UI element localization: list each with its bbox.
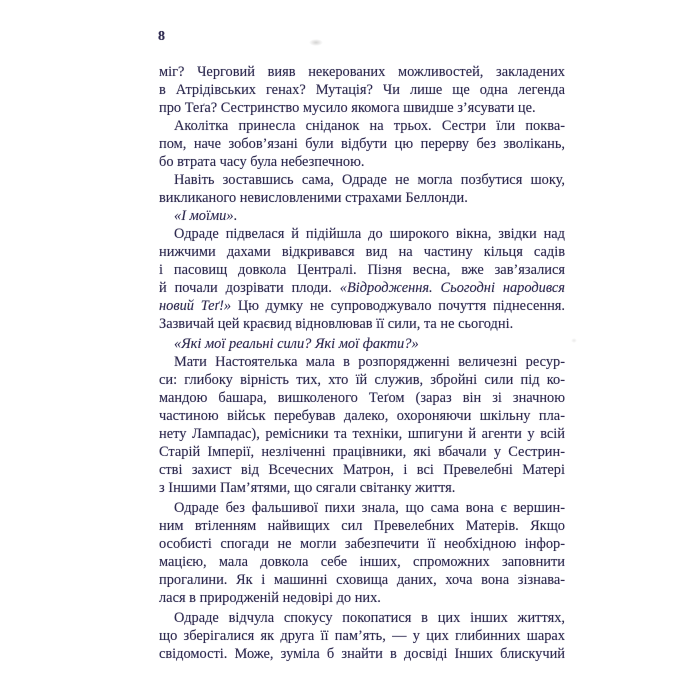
text-segment: про Теґа? Сестринство мусило якомога шви… (159, 100, 536, 116)
text-line: мацією, мала довкола себе інших, спромож… (159, 553, 565, 571)
text-line: і пасовищ довкола Централі. Пізня весна,… (159, 261, 565, 279)
text-line: що зберігалися як друга її пам’ять, — у … (159, 627, 565, 645)
text-segment: Одраде без фальшивої пихи знала, що сама… (174, 500, 565, 516)
text-line: новий Теґ!» Цю думку не супроводжувало п… (159, 297, 565, 315)
scan-smudge (309, 39, 323, 46)
text-line: стві захист від Всечесних Матрон, і всі … (159, 461, 565, 479)
text-segment: пом, наче зобов’язані були відбути цю пе… (159, 136, 565, 152)
text-line: міг? Черговий вияв некерованих можливост… (159, 63, 565, 81)
text-segment: Мати Настоятелька мала в розпорядженні в… (174, 354, 565, 370)
text-segment: лася в природженій недовірі до них. (159, 590, 381, 606)
text-segment: Зазвичай цей краєвид відновлював її сили… (159, 316, 513, 332)
text-segment: в Атрідівських генах? Мутація? Чи лише щ… (159, 82, 565, 98)
text-line: Аколітка принесла сніданок на трьох. Сес… (159, 117, 565, 135)
scan-smudge (571, 338, 577, 343)
text-line: особисті спогади не могли забезпечити її… (159, 535, 565, 553)
text-line: з Іншими Пам’ятями, що сягали світанку ж… (159, 479, 565, 497)
book-page: 8 міг? Черговий вияв некерованих можливо… (0, 0, 700, 700)
text-segment: частиною військ перебував далеко, охорон… (159, 408, 565, 424)
text-segment-italic: «Відродження. Сьогодні народився (340, 280, 565, 296)
text-line: ним втіленням найвищих сил Превелебних М… (159, 517, 565, 535)
text-line: мандою башара, вишколеного Теґом (зараз … (159, 389, 565, 407)
text-segment: Старій Імперії, незліченні працівники, я… (159, 444, 565, 460)
text-segment: прогалини. Як і машинні сховища даних, х… (159, 572, 565, 588)
text-line: Одраде без фальшивої пихи знала, що сама… (159, 499, 565, 517)
text-line: свідомості. Може, зуміла б знайти в досв… (159, 645, 565, 663)
text-segment: що зберігалися як друга її пам’ять, — у … (159, 628, 565, 644)
text-line: Зазвичай цей краєвид відновлював її сили… (159, 315, 565, 333)
text-line: викликаного невисловленими страхами Белл… (159, 189, 565, 207)
text-line: в Атрідівських генах? Мутація? Чи лише щ… (159, 81, 565, 99)
text-line: частиною військ перебував далеко, охорон… (159, 407, 565, 425)
text-line: Одраде відчула спокусу покопатися в цих … (159, 609, 565, 627)
text-segment-italic: «І моїми» (174, 208, 234, 224)
text-segment: свідомості. Може, зуміла б знайти в досв… (159, 646, 565, 662)
text-line: лася в природженій недовірі до них. (159, 589, 565, 607)
text-segment: Одраде підвелася й підійшла до широкого … (174, 226, 565, 242)
text-segment: з Іншими Пам’ятями, що сягали світанку ж… (159, 480, 455, 496)
text-segment: . (234, 208, 238, 224)
text-line: пом, наче зобов’язані були відбути цю пе… (159, 135, 565, 153)
text-segment: Аколітка принесла сніданок на трьох. Сес… (174, 118, 565, 134)
text-segment: нету Лампадас), ремісники та техніки, шп… (159, 426, 565, 442)
text-line: бо втрата часу була небезпечною. (159, 153, 565, 171)
text-line: Мати Настоятелька мала в розпорядженні в… (159, 353, 565, 371)
text-line: Одраде підвелася й підійшла до широкого … (159, 225, 565, 243)
text-line: прогалини. Як і машинні сховища даних, х… (159, 571, 565, 589)
text-line: си: глибоку вірність тих, хто їй служив,… (159, 371, 565, 389)
text-segment: міг? Черговий вияв некерованих можливост… (159, 64, 565, 80)
text-segment: мандою башара, вишколеного Теґом (зараз … (159, 390, 565, 406)
page-text: міг? Черговий вияв некерованих можливост… (159, 63, 565, 663)
text-segment: си: глибоку вірність тих, хто їй служив,… (159, 372, 565, 388)
text-segment: Одраде відчула спокусу покопатися в цих … (174, 610, 565, 626)
text-line: «І моїми». (159, 207, 565, 225)
text-segment: нижчими дахами відкривався вид на частин… (159, 244, 565, 260)
text-segment: особисті спогади не могли забезпечити її… (159, 536, 565, 552)
text-segment-italic: «Які мої реальні сили? Які мої факти?» (174, 336, 419, 352)
text-segment: викликаного невисловленими страхами Белл… (159, 190, 468, 206)
text-segment: стві захист від Всечесних Матрон, і всі … (159, 462, 565, 478)
text-segment: Навіть зоставшись сама, Одраде не могла … (174, 172, 565, 188)
text-segment: і пасовищ довкола Централі. Пізня весна,… (159, 262, 565, 278)
text-line: нижчими дахами відкривався вид на частин… (159, 243, 565, 261)
text-segment: бо втрата часу була небезпечною. (159, 154, 364, 170)
text-line: про Теґа? Сестринство мусило якомога шви… (159, 99, 565, 117)
text-line: Навіть зоставшись сама, Одраде не могла … (159, 171, 565, 189)
text-segment: Цю думку не супроводжувало почуття підне… (238, 298, 565, 314)
text-segment: й почали дозрівати плоди. (159, 280, 340, 296)
text-line: й почали дозрівати плоди. «Відродження. … (159, 279, 565, 297)
page-number: 8 (158, 29, 166, 45)
text-line: «Які мої реальні сили? Які мої факти?» (159, 335, 565, 353)
text-segment-italic: новий Теґ!» (159, 298, 238, 314)
text-line: нету Лампадас), ремісники та техніки, шп… (159, 425, 565, 443)
text-segment: ним втіленням найвищих сил Превелебних М… (159, 518, 565, 534)
text-segment: мацією, мала довкола себе інших, спромож… (159, 554, 565, 570)
text-line: Старій Імперії, незліченні працівники, я… (159, 443, 565, 461)
